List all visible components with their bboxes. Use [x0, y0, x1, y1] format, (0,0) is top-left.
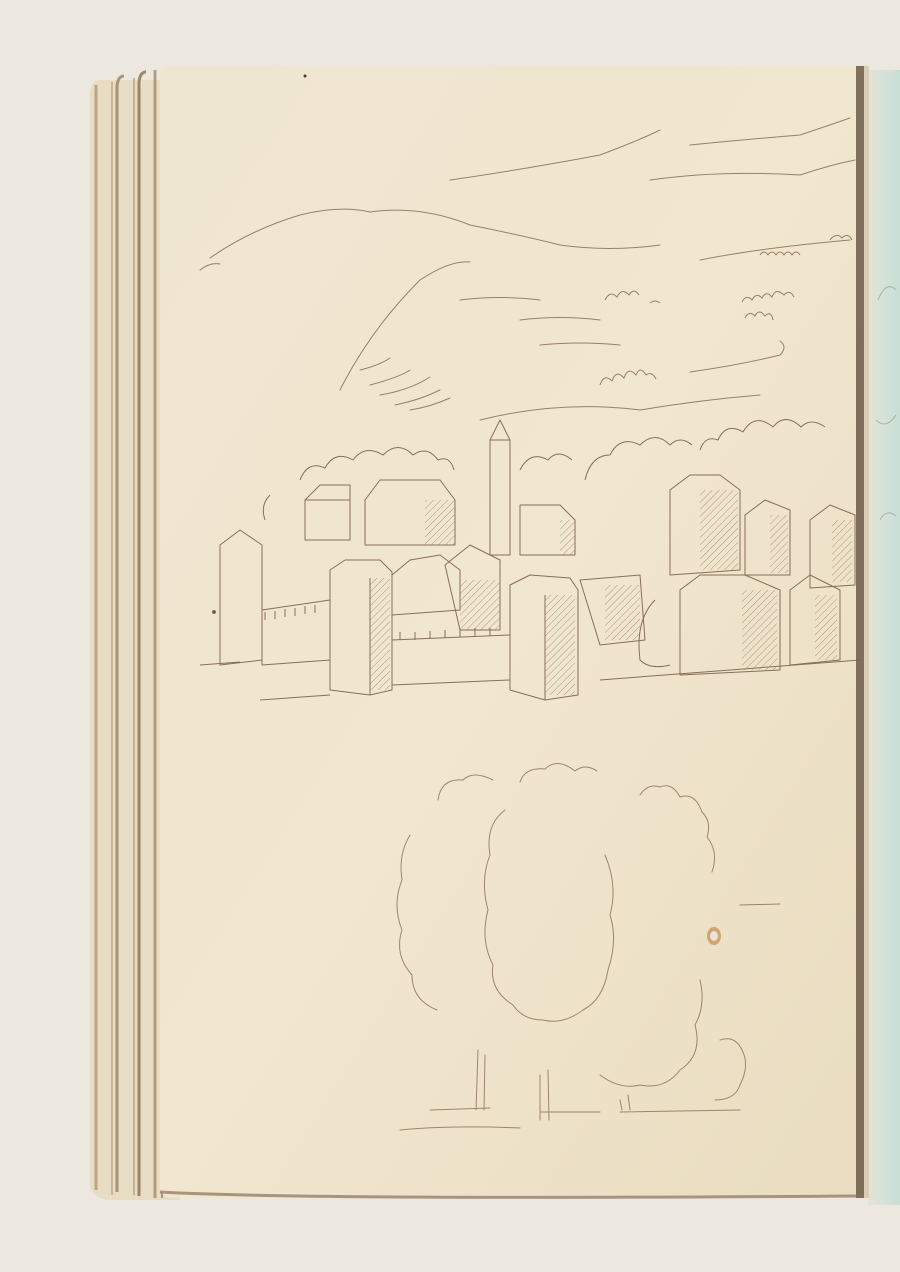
sketchbook-photo [0, 0, 900, 1272]
adjacent-page [868, 70, 900, 1205]
paper-stain [707, 927, 721, 945]
